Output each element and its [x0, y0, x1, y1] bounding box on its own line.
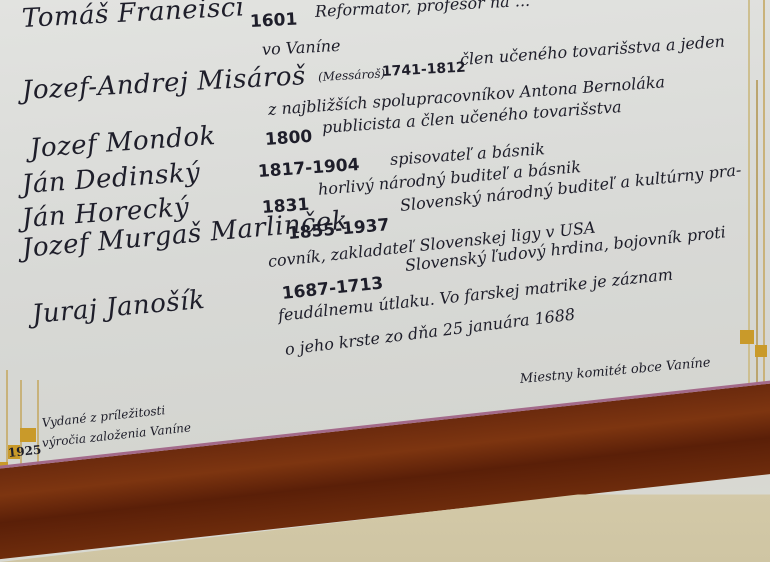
gold-corner-square: [755, 345, 767, 357]
gold-corner-square: [740, 330, 754, 344]
border-line: [748, 0, 750, 420]
gold-corner-square: [20, 428, 36, 442]
entry-years: 1601: [249, 10, 297, 32]
entry-years: 1800: [264, 127, 313, 150]
border-line: [756, 80, 758, 410]
